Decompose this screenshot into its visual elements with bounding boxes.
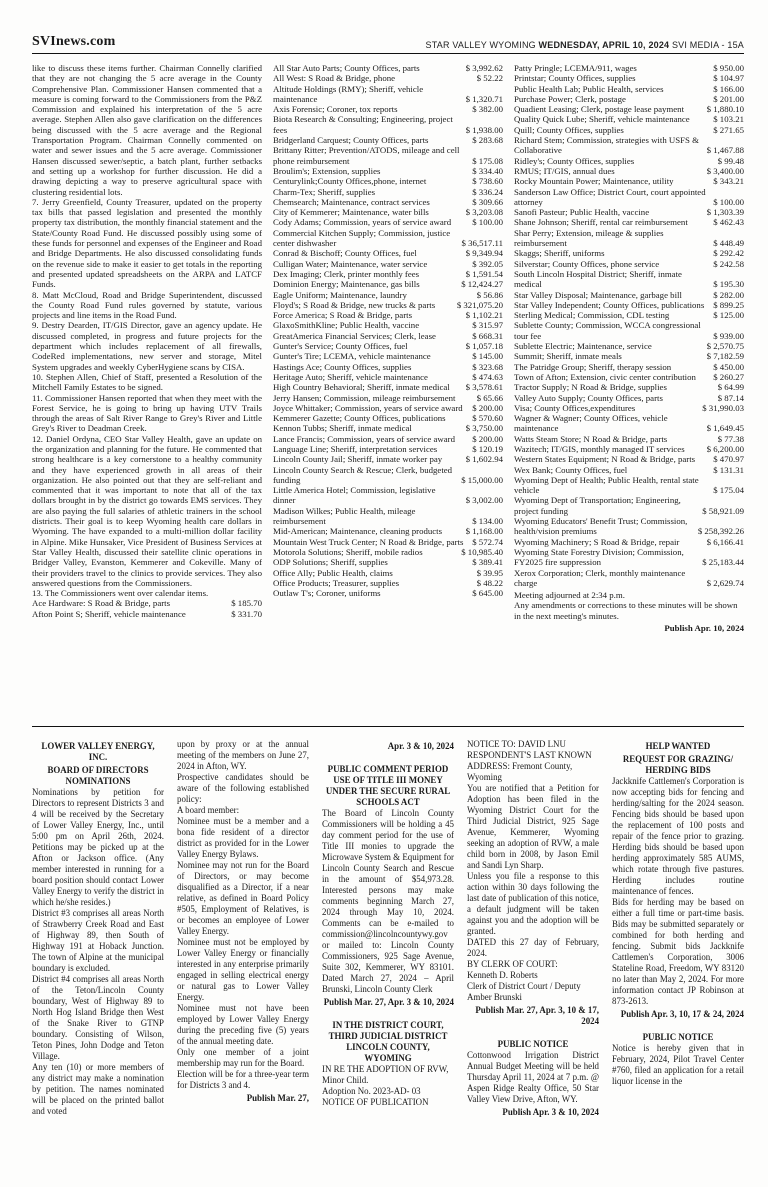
- notice-column-5: HELP WANTED REQUEST FOR GRAZING/ HERDING…: [612, 739, 744, 1187]
- minutes-paragraph: 12. Daniel Ordyna, CEO Star Valley Healt…: [32, 434, 262, 588]
- payment-amount: $ 131.31: [713, 465, 744, 475]
- payment-row: Wyoming Machinery; S Road & Bridge, repa…: [514, 537, 744, 547]
- payment-vendor: Richard Stem; Commission, strategies wit…: [514, 135, 707, 156]
- payment-vendor: Quadient Leasing; Clerk, postage lease p…: [514, 104, 690, 114]
- payment-vendor: All West: S Road & Bridge, phone: [273, 73, 401, 83]
- payment-row: Little America Hotel; Commission, legisl…: [273, 485, 503, 506]
- payment-amount: $ 56.86: [477, 290, 503, 300]
- notice-block: HELP WANTED: [612, 741, 744, 752]
- payment-row: Altitude Holdings (RMY); Sheriff, vehicl…: [273, 84, 503, 105]
- payment-row: Dex Imaging; Clerk, printer monthly fees…: [273, 269, 503, 279]
- notice-block: Bids for herding may be based on either …: [612, 897, 744, 1007]
- payment-vendor: Broulim's; Extension, supplies: [273, 166, 386, 176]
- payment-vendor: Sublette Electric; Maintenance, service: [514, 341, 658, 351]
- payment-row: Dominion Energy; Maintenance, gas bills …: [273, 279, 503, 289]
- payment-amount: $ 283.68: [472, 135, 503, 145]
- payment-row: Broulim's; Extension, supplies $ 334.40: [273, 166, 503, 176]
- payment-amount: $ 65.66: [477, 393, 503, 403]
- payment-vendor: Visa; County Offices,expenditures: [514, 403, 641, 413]
- payment-vendor: Hastings Ace; County Offices, supplies: [273, 362, 417, 372]
- notice-block: NOTICE OF PUBLICATION: [322, 1097, 454, 1108]
- payment-vendor: Wazitech; IT/GIS, monthly managed IT ser…: [514, 444, 691, 454]
- payment-row: Commercial Kitchen Supply; Commission, j…: [273, 228, 503, 249]
- payment-amount: $ 36,517.11: [462, 238, 503, 248]
- payments-column-3: Patty Pringle; LCEMA/911, wages $ 950.00…: [514, 63, 744, 718]
- payment-vendor: Floyd's; S Road & Bridge, new trucks & p…: [273, 300, 441, 310]
- notice-block: Kenneth D. Roberts: [467, 970, 599, 981]
- notice-block: Election will be for a three-year term f…: [177, 1069, 309, 1091]
- payment-row: Office Products; Treasurer, supplies $ 4…: [273, 578, 503, 588]
- payment-vendor: Public Health Lab; Public Health, servic…: [514, 84, 670, 94]
- payment-vendor: Wex Bank; County Offices, fuel: [514, 465, 633, 475]
- payment-vendor: Sanderson Law Office; District Court, co…: [514, 187, 713, 208]
- payment-amount: $ 1,303.39: [707, 207, 744, 217]
- notice-block: Clerk of District Court / Deputy Amber B…: [467, 981, 599, 1003]
- payment-vendor: Summit; Sheriff, inmate meals: [514, 351, 628, 361]
- payment-row: Kemmerer Gazette; County Offices, public…: [273, 413, 503, 423]
- minutes-paragraph: 11. Commissioner Hansen reported that wh…: [32, 393, 262, 434]
- payment-row: Motorola Solutions; Sheriff, mobile radi…: [273, 547, 503, 557]
- payment-row: GreatAmerica Financial Services; Clerk, …: [273, 331, 503, 341]
- payment-vendor: Altitude Holdings (RMY); Sheriff, vehicl…: [273, 84, 466, 105]
- notice-block: IN RE THE ADOPTION OF RVW, Minor Child.: [322, 1064, 454, 1086]
- payment-amount: $ 450.00: [713, 362, 744, 372]
- payment-vendor: Biota Research & Consulting; Engineering…: [273, 114, 466, 135]
- payment-amount: $ 309.66: [472, 197, 503, 207]
- payment-row: Sublette County; Commission, WCCA congre…: [514, 320, 744, 341]
- payment-row: Rocky Mountain Power; Maintenance, utili…: [514, 176, 744, 186]
- payment-vendor: Brittany Ritter; Prevention/ATODS, milea…: [273, 145, 472, 166]
- payment-vendor: Joyce Whittaker; Commission, years of se…: [273, 403, 469, 413]
- payment-vendor: GreatAmerica Financial Services; Clerk, …: [273, 331, 442, 341]
- legal-notices-section: LOWER VALLEY ENERGY, INC. BOARD OF DIREC…: [0, 727, 768, 1187]
- payment-row: Charm-Tex; Sheriff, supplies $ 336.24: [273, 187, 503, 197]
- payment-amount: $ 1,880.10: [707, 104, 744, 114]
- payment-vendor: Town of Afton; Extension, civic center c…: [514, 372, 702, 382]
- payment-vendor: Gunter's Tire; LCEMA, vehicle maintenanc…: [273, 351, 437, 361]
- notice-column-4: NOTICE TO: DAVID LNU RESPONDENT'S LAST K…: [467, 739, 599, 1187]
- payment-vendor: The Patridge Group; Sheriff, therapy ses…: [514, 362, 677, 372]
- minutes-paragraph: 13. The Commissioners went over calendar…: [32, 588, 262, 598]
- payment-vendor: Star Valley Independent; County Offices,…: [514, 300, 710, 310]
- payment-amount: $ 104.97: [713, 73, 744, 83]
- payment-amount: $ 271.65: [713, 125, 744, 135]
- masthead-media: SVI MEDIA - 15A: [669, 40, 744, 50]
- payment-row: Hastings Ace; County Offices, supplies $…: [273, 362, 503, 372]
- payment-row: Wyoming Dept of Health; Public Health, r…: [514, 475, 744, 496]
- payment-amount: $ 334.40: [472, 166, 503, 176]
- notice-block: Publish Mar. 27,: [177, 1093, 309, 1104]
- payment-vendor: Wyoming State Forestry Division; Commiss…: [514, 547, 702, 568]
- payment-vendor: Lincoln County Search & Rescue; Clerk, b…: [273, 465, 461, 486]
- payment-vendor: GlaxoSmithKline; Public Health, vaccine: [273, 320, 425, 330]
- payment-row: Wazitech; IT/GIS, monthly managed IT ser…: [514, 444, 744, 454]
- payment-row: Wyoming Dept of Transportation; Engineer…: [514, 495, 744, 516]
- payment-row: Biota Research & Consulting; Engineering…: [273, 114, 503, 135]
- payment-amount: $ 738.60: [472, 176, 503, 186]
- payment-vendor: Star Valley Disposal; Maintenance, garba…: [514, 290, 688, 300]
- site-title: SVInews.com: [32, 34, 115, 50]
- payment-vendor: Silverstar; County Offices, phone servic…: [514, 259, 665, 269]
- minutes-paragraph: 9. Destry Dearden, IT/GIS Director, gave…: [32, 320, 262, 371]
- payment-vendor: Quality Quick Lube; Sheriff, vehicle mai…: [514, 114, 696, 124]
- notice-block: Apr. 3 & 10, 2024: [322, 741, 454, 752]
- payment-amount: $ 331.70: [231, 609, 262, 619]
- payment-amount: $ 470.97: [713, 454, 744, 464]
- payment-row: Joyce Whittaker; Commission, years of se…: [273, 403, 503, 413]
- payment-vendor: Shane Johnson; Sheriff, rental car reimb…: [514, 217, 694, 227]
- payment-amount: $ 103.21: [713, 114, 744, 124]
- payment-vendor: City of Kemmerer; Maintenance, water bil…: [273, 207, 435, 217]
- notice-block: PUBLIC COMMENT PERIOD USE OF TITLE III M…: [322, 764, 454, 808]
- payment-amount: $ 292.42: [713, 248, 744, 258]
- masthead-right: STAR VALLEY WYOMING WEDNESDAY, APRIL 10,…: [426, 40, 744, 50]
- payment-row: Purchase Power; Clerk, postage $ 201.00: [514, 94, 744, 104]
- payment-vendor: Chemsearch; Maintenance, contract servic…: [273, 197, 436, 207]
- payment-vendor: Printstar; County Offices, supplies: [514, 73, 642, 83]
- payment-vendor: Kemmerer Gazette; County Offices, public…: [273, 413, 452, 423]
- minutes-paragraph: 7. Jerry Greenfield, County Treasurer, u…: [32, 197, 262, 290]
- payment-amount: $ 3,578.61: [466, 382, 503, 392]
- payment-row: Xerox Corporation; Clerk, monthly mainte…: [514, 568, 744, 589]
- payment-row: Wyoming Educators' Benefit Trust; Commis…: [514, 516, 744, 537]
- payment-amount: $ 99.48: [718, 156, 744, 166]
- payment-amount: $ 1,467.88: [707, 145, 744, 155]
- payment-amount: $ 1,102.21: [466, 310, 503, 320]
- payment-vendor: Dominion Energy; Maintenance, gas bills: [273, 279, 426, 289]
- payment-row: Valley Auto Supply; County Offices, part…: [514, 393, 744, 403]
- payment-row: City of Kemmerer; Maintenance, water bil…: [273, 207, 503, 217]
- payment-amount: $ 58,921.09: [702, 506, 744, 516]
- payment-vendor: Office Ally; Public Health, claims: [273, 568, 399, 578]
- notice-block: You are notified that a Petition for Ado…: [467, 783, 599, 871]
- payment-amount: $ 64.99: [718, 382, 744, 392]
- payment-vendor: Sublette County; Commission, WCCA congre…: [514, 320, 713, 341]
- payment-row: Lance Francis; Commission, years of serv…: [273, 434, 503, 444]
- payment-row: Watts Steam Store; N Road & Bridge, part…: [514, 434, 744, 444]
- notice-block: IN THE DISTRICT COURT, THIRD JUDICIAL DI…: [322, 1020, 454, 1064]
- payment-row: Kennon Tubbs; Sheriff, inmate medical $ …: [273, 423, 503, 433]
- payment-amount: $ 392.05: [472, 259, 503, 269]
- payment-vendor: High Country Behavioral; Sheriff, inmate…: [273, 382, 456, 392]
- payment-vendor: Ace Hardware: S Road & Bridge, parts: [32, 598, 176, 608]
- notice-block: Jackknife Cattlemen's Corporation is now…: [612, 776, 744, 897]
- payment-row: Richard Stem; Commission, strategies wit…: [514, 135, 744, 156]
- payment-vendor: Rocky Mountain Power; Maintenance, utili…: [514, 176, 680, 186]
- notice-block: Nominee may not run for the Board of Dir…: [177, 860, 309, 937]
- payment-amount: $ 39.95: [477, 568, 503, 578]
- payment-row: GlaxoSmithKline; Public Health, vaccine …: [273, 320, 503, 330]
- payment-vendor: Cody Adams; Commission, years of service…: [273, 217, 457, 227]
- payment-vendor: Western States Equipment; N Road & Bridg…: [514, 454, 701, 464]
- payment-vendor: Centurylink;County Offices,phone, intern…: [273, 176, 432, 186]
- payment-vendor: Ridley's; County Offices, supplies: [514, 156, 640, 166]
- payment-amount: $ 7,182.59: [707, 351, 744, 361]
- payment-row: Cody Adams; Commission, years of service…: [273, 217, 503, 227]
- payment-row: Lincoln County Search & Rescue; Clerk, b…: [273, 465, 503, 486]
- publish-date: Publish Apr. 10, 2024: [514, 623, 744, 633]
- payment-amount: $ 15,000.00: [461, 475, 503, 485]
- payment-vendor: Charm-Tex; Sheriff, supplies: [273, 187, 381, 197]
- payment-amount: $ 77.38: [718, 434, 744, 444]
- payment-amount: $ 1,168.00: [466, 526, 503, 536]
- payment-vendor: Skaggs; Sheriff, uniforms: [514, 248, 611, 258]
- payment-row: Summit; Sheriff, inmate meals $ 7,182.59: [514, 351, 744, 361]
- notice-block: Adoption No. 2023-AD- 03: [322, 1086, 454, 1097]
- payment-row: Ace Hardware: S Road & Bridge, parts$ 18…: [32, 598, 262, 608]
- payment-row: Centurylink;County Offices,phone, intern…: [273, 176, 503, 186]
- payment-amount: $ 2,629.74: [707, 578, 744, 588]
- payment-amount: $ 321,075.20: [457, 300, 503, 310]
- payment-row: Shane Johnson; Sheriff, rental car reimb…: [514, 217, 744, 227]
- minutes-closing: Meeting adjourned at 2:34 p.m. Any amend…: [514, 590, 744, 621]
- minutes-paragraph: 8. Matt McCloud, Road and Bridge Superin…: [32, 290, 262, 321]
- payment-vendor: Afton Point S; Sheriff, vehicle maintena…: [32, 609, 192, 619]
- payment-row: Sublette Electric; Maintenance, service …: [514, 341, 744, 351]
- payment-amount: $ 166.00: [713, 84, 744, 94]
- payment-vendor: Watts Steam Store; N Road & Bridge, part…: [514, 434, 673, 444]
- payment-row: Floyd's; S Road & Bridge, new trucks & p…: [273, 300, 503, 310]
- notice-block: A board member:: [177, 805, 309, 816]
- notice-block: PUBLIC NOTICE: [612, 1032, 744, 1043]
- payment-amount: $ 1,938.00: [466, 125, 503, 135]
- payment-row: Axis Forensic; Coroner, tox reports $ 38…: [273, 104, 503, 114]
- payment-vendor: Little America Hotel; Commission, legisl…: [273, 485, 466, 506]
- payment-amount: $ 185.70: [231, 598, 262, 608]
- payment-row: Visa; County Offices,expenditures $ 31,9…: [514, 403, 744, 413]
- notice-block: Publish Apr. 3 & 10, 2024: [467, 1107, 599, 1118]
- payment-vendor: Patty Pringle; LCEMA/911, wages: [514, 63, 643, 73]
- payment-amount: $ 899.25: [713, 300, 744, 310]
- payment-vendor: Wyoming Dept of Transportation; Engineer…: [514, 495, 702, 516]
- payment-vendor: Sanofi Pasteur; Public Health, vaccine: [514, 207, 655, 217]
- payment-vendor: Conrad & Bischoff; County Offices, fuel: [273, 248, 423, 258]
- payment-row: RMUS; IT/GIS, annual dues $ 3,400.00: [514, 166, 744, 176]
- payment-row: Silverstar; County Offices, phone servic…: [514, 259, 744, 269]
- payment-row: Patty Pringle; LCEMA/911, wages $ 950.00: [514, 63, 744, 73]
- payment-amount: $ 3,400.00: [707, 166, 744, 176]
- payment-amount: $ 10,985.40: [461, 547, 503, 557]
- payment-row: Sterling Medical; Commission, CDL testin…: [514, 310, 744, 320]
- payment-vendor: Xerox Corporation; Clerk, monthly mainte…: [514, 568, 707, 589]
- payment-row: Quality Quick Lube; Sheriff, vehicle mai…: [514, 114, 744, 124]
- payment-amount: $ 145.00: [472, 351, 503, 361]
- payment-amount: $ 87.14: [718, 393, 744, 403]
- payment-vendor: Bridgerland Carquest; County Offices, pa…: [273, 135, 434, 145]
- payment-row: All Star Auto Parts; County Offices, par…: [273, 63, 503, 73]
- payments-col3-list: Patty Pringle; LCEMA/911, wages $ 950.00…: [514, 63, 744, 588]
- payment-amount: $ 668.31: [472, 331, 503, 341]
- payment-row: ODP Solutions; Sheriff, supplies $ 389.4…: [273, 557, 503, 567]
- notice-block: Only one member of a joint membership ma…: [177, 1047, 309, 1069]
- minutes-paragraph: 10. Stephen Allen, Chief of Staff, prese…: [32, 372, 262, 393]
- payment-row: Skaggs; Sheriff, uniforms $ 292.42: [514, 248, 744, 258]
- payment-vendor: RMUS; IT/GIS, annual dues: [514, 166, 621, 176]
- notice-block: District #3 comprises all areas North of…: [32, 908, 164, 974]
- notice-block: LOWER VALLEY ENERGY, INC.: [32, 741, 164, 763]
- notice-block: Unless you file a response to this actio…: [467, 871, 599, 937]
- payment-vendor: Jerry Hansen; Commission, mileage reimbu…: [273, 393, 462, 403]
- payment-amount: $ 282.00: [713, 290, 744, 300]
- notice-block: PUBLIC NOTICE: [467, 1039, 599, 1050]
- notice-block: REQUEST FOR GRAZING/ HERDING BIDS: [612, 754, 744, 776]
- newspaper-page: SVInews.com STAR VALLEY WYOMING WEDNESDA…: [0, 0, 768, 1187]
- payment-row: Gunter's Service; County Offices, fuel $…: [273, 341, 503, 351]
- minutes-column: like to discuss these items further. Cha…: [32, 63, 262, 718]
- payment-row: Gunter's Tire; LCEMA, vehicle maintenanc…: [273, 351, 503, 361]
- payment-vendor: Mid-American; Maintenance, cleaning prod…: [273, 526, 448, 536]
- payment-row: Outlaw T's; Coroner, uniforms $ 645.00: [273, 588, 503, 598]
- payment-amount: $ 1,591.54: [466, 269, 503, 279]
- payment-vendor: Commercial Kitchen Supply; Commission, j…: [273, 228, 462, 249]
- payment-amount: $ 474.63: [472, 372, 503, 382]
- payment-amount: $ 3,750.00: [466, 423, 503, 433]
- notice-block: The Board of Lincoln County Commissioner…: [322, 808, 454, 995]
- notice-column-1: LOWER VALLEY ENERGY, INC. BOARD OF DIREC…: [32, 739, 164, 1187]
- payment-row: Tractor Supply; N Road & Bridge, supplie…: [514, 382, 744, 392]
- masthead-date: WEDNESDAY, APRIL 10, 2024: [539, 40, 670, 50]
- minutes-paragraph: like to discuss these items further. Cha…: [32, 63, 262, 197]
- payment-amount: $ 175.04: [713, 485, 744, 495]
- payment-vendor: Sterling Medical; Commission, CDL testin…: [514, 310, 675, 320]
- payment-amount: $ 1,320.71: [466, 94, 503, 104]
- closing-line: Meeting adjourned at 2:34 p.m.: [514, 590, 744, 600]
- payment-amount: $ 52.22: [477, 73, 503, 83]
- payment-row: Ridley's; County Offices, supplies $ 99.…: [514, 156, 744, 166]
- payment-vendor: Mountain West Truck Center; N Road & Bri…: [273, 537, 469, 547]
- payment-amount: $ 570.60: [472, 413, 503, 423]
- payment-row: Star Valley Disposal; Maintenance, garba…: [514, 290, 744, 300]
- payment-row: Star Valley Independent; County Offices,…: [514, 300, 744, 310]
- payment-vendor: Lincoln County Jail; Sheriff, inmate wor…: [273, 454, 448, 464]
- masthead: SVInews.com STAR VALLEY WYOMING WEDNESDA…: [32, 34, 744, 54]
- payment-row: Office Ally; Public Health, claims $ 39.…: [273, 568, 503, 578]
- payment-vendor: Office Products; Treasurer, supplies: [273, 578, 405, 588]
- payment-row: Eagle Uniform; Maintenance, laundry $ 56…: [273, 290, 503, 300]
- notice-block: upon by proxy or at the annual meeting o…: [177, 739, 309, 772]
- notice-block: BY CLERK OF COURT:: [467, 959, 599, 970]
- payment-amount: $ 3,203.08: [466, 207, 503, 217]
- masthead-location: STAR VALLEY WYOMING: [426, 40, 539, 50]
- payment-amount: $ 100.00: [472, 217, 503, 227]
- notice-block: Nominee must not be employed by Lower Va…: [177, 937, 309, 1003]
- payment-vendor: Wyoming Dept of Health; Public Health, r…: [514, 475, 713, 496]
- payment-amount: $ 389.41: [472, 557, 503, 567]
- payment-amount: $ 1,602.94: [466, 454, 503, 464]
- payment-amount: $ 2,570.75: [707, 341, 744, 351]
- payment-row: Mid-American; Maintenance, cleaning prod…: [273, 526, 503, 536]
- payment-vendor: Wagner & Wagner; County Offices, vehicle…: [514, 413, 707, 434]
- notice-column-2: upon by proxy or at the annual meeting o…: [177, 739, 309, 1187]
- payment-amount: $ 201.00: [713, 94, 744, 104]
- payment-vendor: Culligan Water; Maintenance, water servi…: [273, 259, 433, 269]
- payment-amount: $ 260.27: [713, 372, 744, 382]
- payment-vendor: All Star Auto Parts; County Offices, par…: [273, 63, 426, 73]
- payment-amount: $ 31,990.03: [702, 403, 744, 413]
- payment-amount: $ 12,424.27: [461, 279, 503, 289]
- payment-vendor: Lance Francis; Commission, years of serv…: [273, 434, 461, 444]
- payment-amount: $ 336.24: [472, 187, 503, 197]
- closing-line: Any amendments or corrections to these m…: [514, 600, 744, 621]
- payment-amount: $ 200.00: [472, 434, 503, 444]
- payment-amount: $ 3,992.62: [466, 63, 503, 73]
- payment-amount: $ 6,200.00: [707, 444, 744, 454]
- notice-block: Nominations by petition for Directors to…: [32, 787, 164, 908]
- payment-row: Afton Point S; Sheriff, vehicle maintena…: [32, 609, 262, 619]
- payment-amount: $ 343.21: [713, 176, 744, 186]
- payment-row: All West: S Road & Bridge, phone $ 52.22: [273, 73, 503, 83]
- payment-vendor: Language Line; Sheriff, interpretation s…: [273, 444, 443, 454]
- payment-row: Western States Equipment; N Road & Bridg…: [514, 454, 744, 464]
- payment-amount: $ 950.00: [713, 63, 744, 73]
- payment-row: Madison Wilkes; Public Health, mileage r…: [273, 506, 503, 527]
- payment-amount: $ 645.00: [472, 588, 503, 598]
- payment-amount: $ 1,649.45: [707, 423, 744, 433]
- payment-vendor: ODP Solutions; Sheriff, supplies: [273, 557, 394, 567]
- payment-amount: $ 382.00: [472, 104, 503, 114]
- payment-vendor: Wyoming Machinery; S Road & Bridge, repa…: [514, 537, 685, 547]
- payment-row: Wagner & Wagner; County Offices, vehicle…: [514, 413, 744, 434]
- payment-amount: $ 1,057.18: [466, 341, 503, 351]
- payment-amount: $ 48.22: [477, 578, 503, 588]
- payment-row: Printstar; County Offices, supplies $ 10…: [514, 73, 744, 83]
- payment-amount: $ 125.00: [713, 310, 744, 320]
- commission-minutes-section: like to discuss these items further. Cha…: [0, 54, 768, 718]
- payment-amount: $ 195.30: [713, 279, 744, 289]
- payment-vendor: Purchase Power; Clerk, postage: [514, 94, 632, 104]
- payment-row: South Lincoln Hospital District; Sheriff…: [514, 269, 744, 290]
- notice-block: Notice is hereby given that in February,…: [612, 1043, 744, 1087]
- payment-vendor: Outlaw T's; Coroner, uniforms: [273, 588, 387, 598]
- payment-row: Heritage Auto; Sheriff, vehicle maintena…: [273, 372, 503, 382]
- payment-vendor: Valley Auto Supply; County Offices, part…: [514, 393, 669, 403]
- payment-vendor: Dex Imaging; Clerk, printer monthly fees: [273, 269, 425, 279]
- payment-amount: $ 25,183.44: [702, 557, 744, 567]
- payment-amount: $ 462.43: [713, 217, 744, 227]
- payment-row: Brittany Ritter; Prevention/ATODS, milea…: [273, 145, 503, 166]
- notice-block: Publish Apr. 3, 10, 17 & 24, 2024: [612, 1009, 744, 1020]
- notice-block: Nominee must be a member and a bona fide…: [177, 816, 309, 860]
- payment-row: Sanofi Pasteur; Public Health, vaccine $…: [514, 207, 744, 217]
- payment-amount: $ 134.00: [472, 516, 503, 526]
- payment-amount: $ 100.00: [713, 197, 744, 207]
- payment-row: Bridgerland Carquest; County Offices, pa…: [273, 135, 503, 145]
- payment-row: Sanderson Law Office; District Court, co…: [514, 187, 744, 208]
- payment-row: Wyoming State Forestry Division; Commiss…: [514, 547, 744, 568]
- payment-row: Town of Afton; Extension, civic center c…: [514, 372, 744, 382]
- payment-vendor: Heritage Auto; Sheriff, vehicle maintena…: [273, 372, 434, 382]
- payment-vendor: Axis Forensic; Coroner, tox reports: [273, 104, 404, 114]
- payment-row: Lincoln County Jail; Sheriff, inmate wor…: [273, 454, 503, 464]
- payment-vendor: Shar Perry; Extension, mileage & supplie…: [514, 228, 713, 249]
- payment-row: Chemsearch; Maintenance, contract servic…: [273, 197, 503, 207]
- notice-column-3: Apr. 3 & 10, 2024 PUBLIC COMMENT PERIOD …: [322, 739, 454, 1187]
- payment-amount: $ 315.97: [472, 320, 503, 330]
- payment-row: Quadient Leasing; Clerk, postage lease p…: [514, 104, 744, 114]
- payment-vendor: Kennon Tubbs; Sheriff, inmate medical: [273, 423, 418, 433]
- payment-amount: $ 9,349.94: [466, 248, 503, 258]
- payment-row: Conrad & Bischoff; County Offices, fuel …: [273, 248, 503, 258]
- payment-amount: $ 323.68: [472, 362, 503, 372]
- payment-amount: $ 242.58: [713, 259, 744, 269]
- notice-block: District #4 comprises all areas North of…: [32, 974, 164, 1062]
- payment-amount: $ 120.19: [472, 444, 503, 454]
- payment-vendor: Tractor Supply; N Road & Bridge, supplie…: [514, 382, 673, 392]
- payment-amount: $ 3,002.00: [466, 495, 503, 505]
- payment-vendor: Eagle Uniform; Maintenance, laundry: [273, 290, 413, 300]
- notice-block: Cottonwood Irrigation District Annual Bu…: [467, 1050, 599, 1105]
- notice-block: DATED this 27 day of February, 2024.: [467, 937, 599, 959]
